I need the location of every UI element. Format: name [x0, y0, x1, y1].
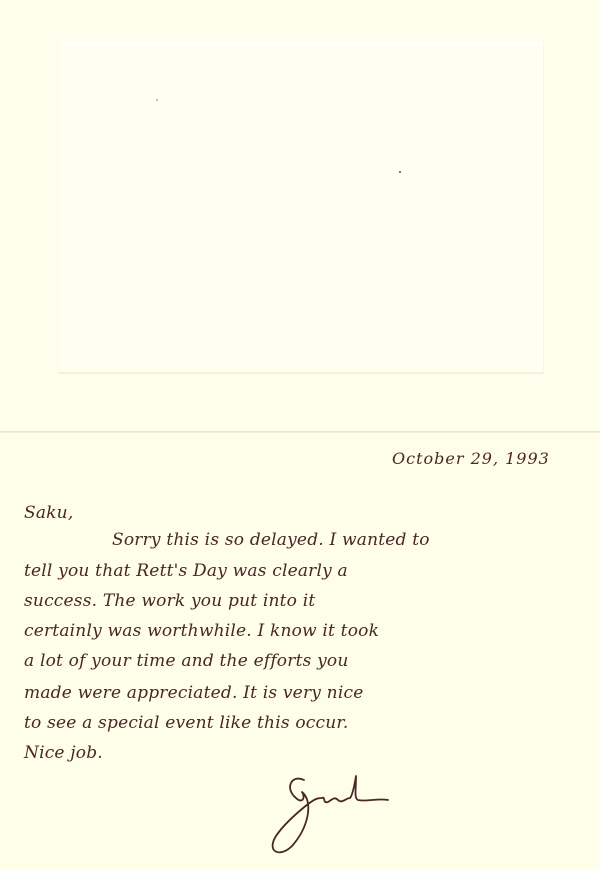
letter-line: tell you that Rett's Day was clearly a [24, 561, 348, 581]
signature: Janet [262, 768, 392, 858]
letter-line: Sorry this is so delayed. I wanted to [112, 530, 430, 550]
letter-line: a lot of your time and the efforts you [24, 651, 349, 671]
letter-greeting: Saku, [24, 503, 73, 523]
embossed-panel [58, 42, 544, 374]
card-inside: October 29, 1993 Saku, Sorry this is so … [0, 433, 600, 869]
letter-line: to see a special event like this occur. [24, 713, 348, 733]
note-card: October 29, 1993 Saku, Sorry this is so … [0, 0, 600, 869]
card-front [0, 0, 600, 432]
paper-speck [399, 171, 401, 173]
letter-line: certainly was worthwhile. I know it took [24, 621, 379, 641]
letter-date: October 29, 1993 [392, 449, 550, 468]
letter-line: success. The work you put into it [24, 591, 315, 611]
letter-line: Nice job. [24, 743, 103, 763]
paper-speck [156, 99, 158, 101]
letter-line: made were appreciated. It is very nice [24, 683, 363, 703]
